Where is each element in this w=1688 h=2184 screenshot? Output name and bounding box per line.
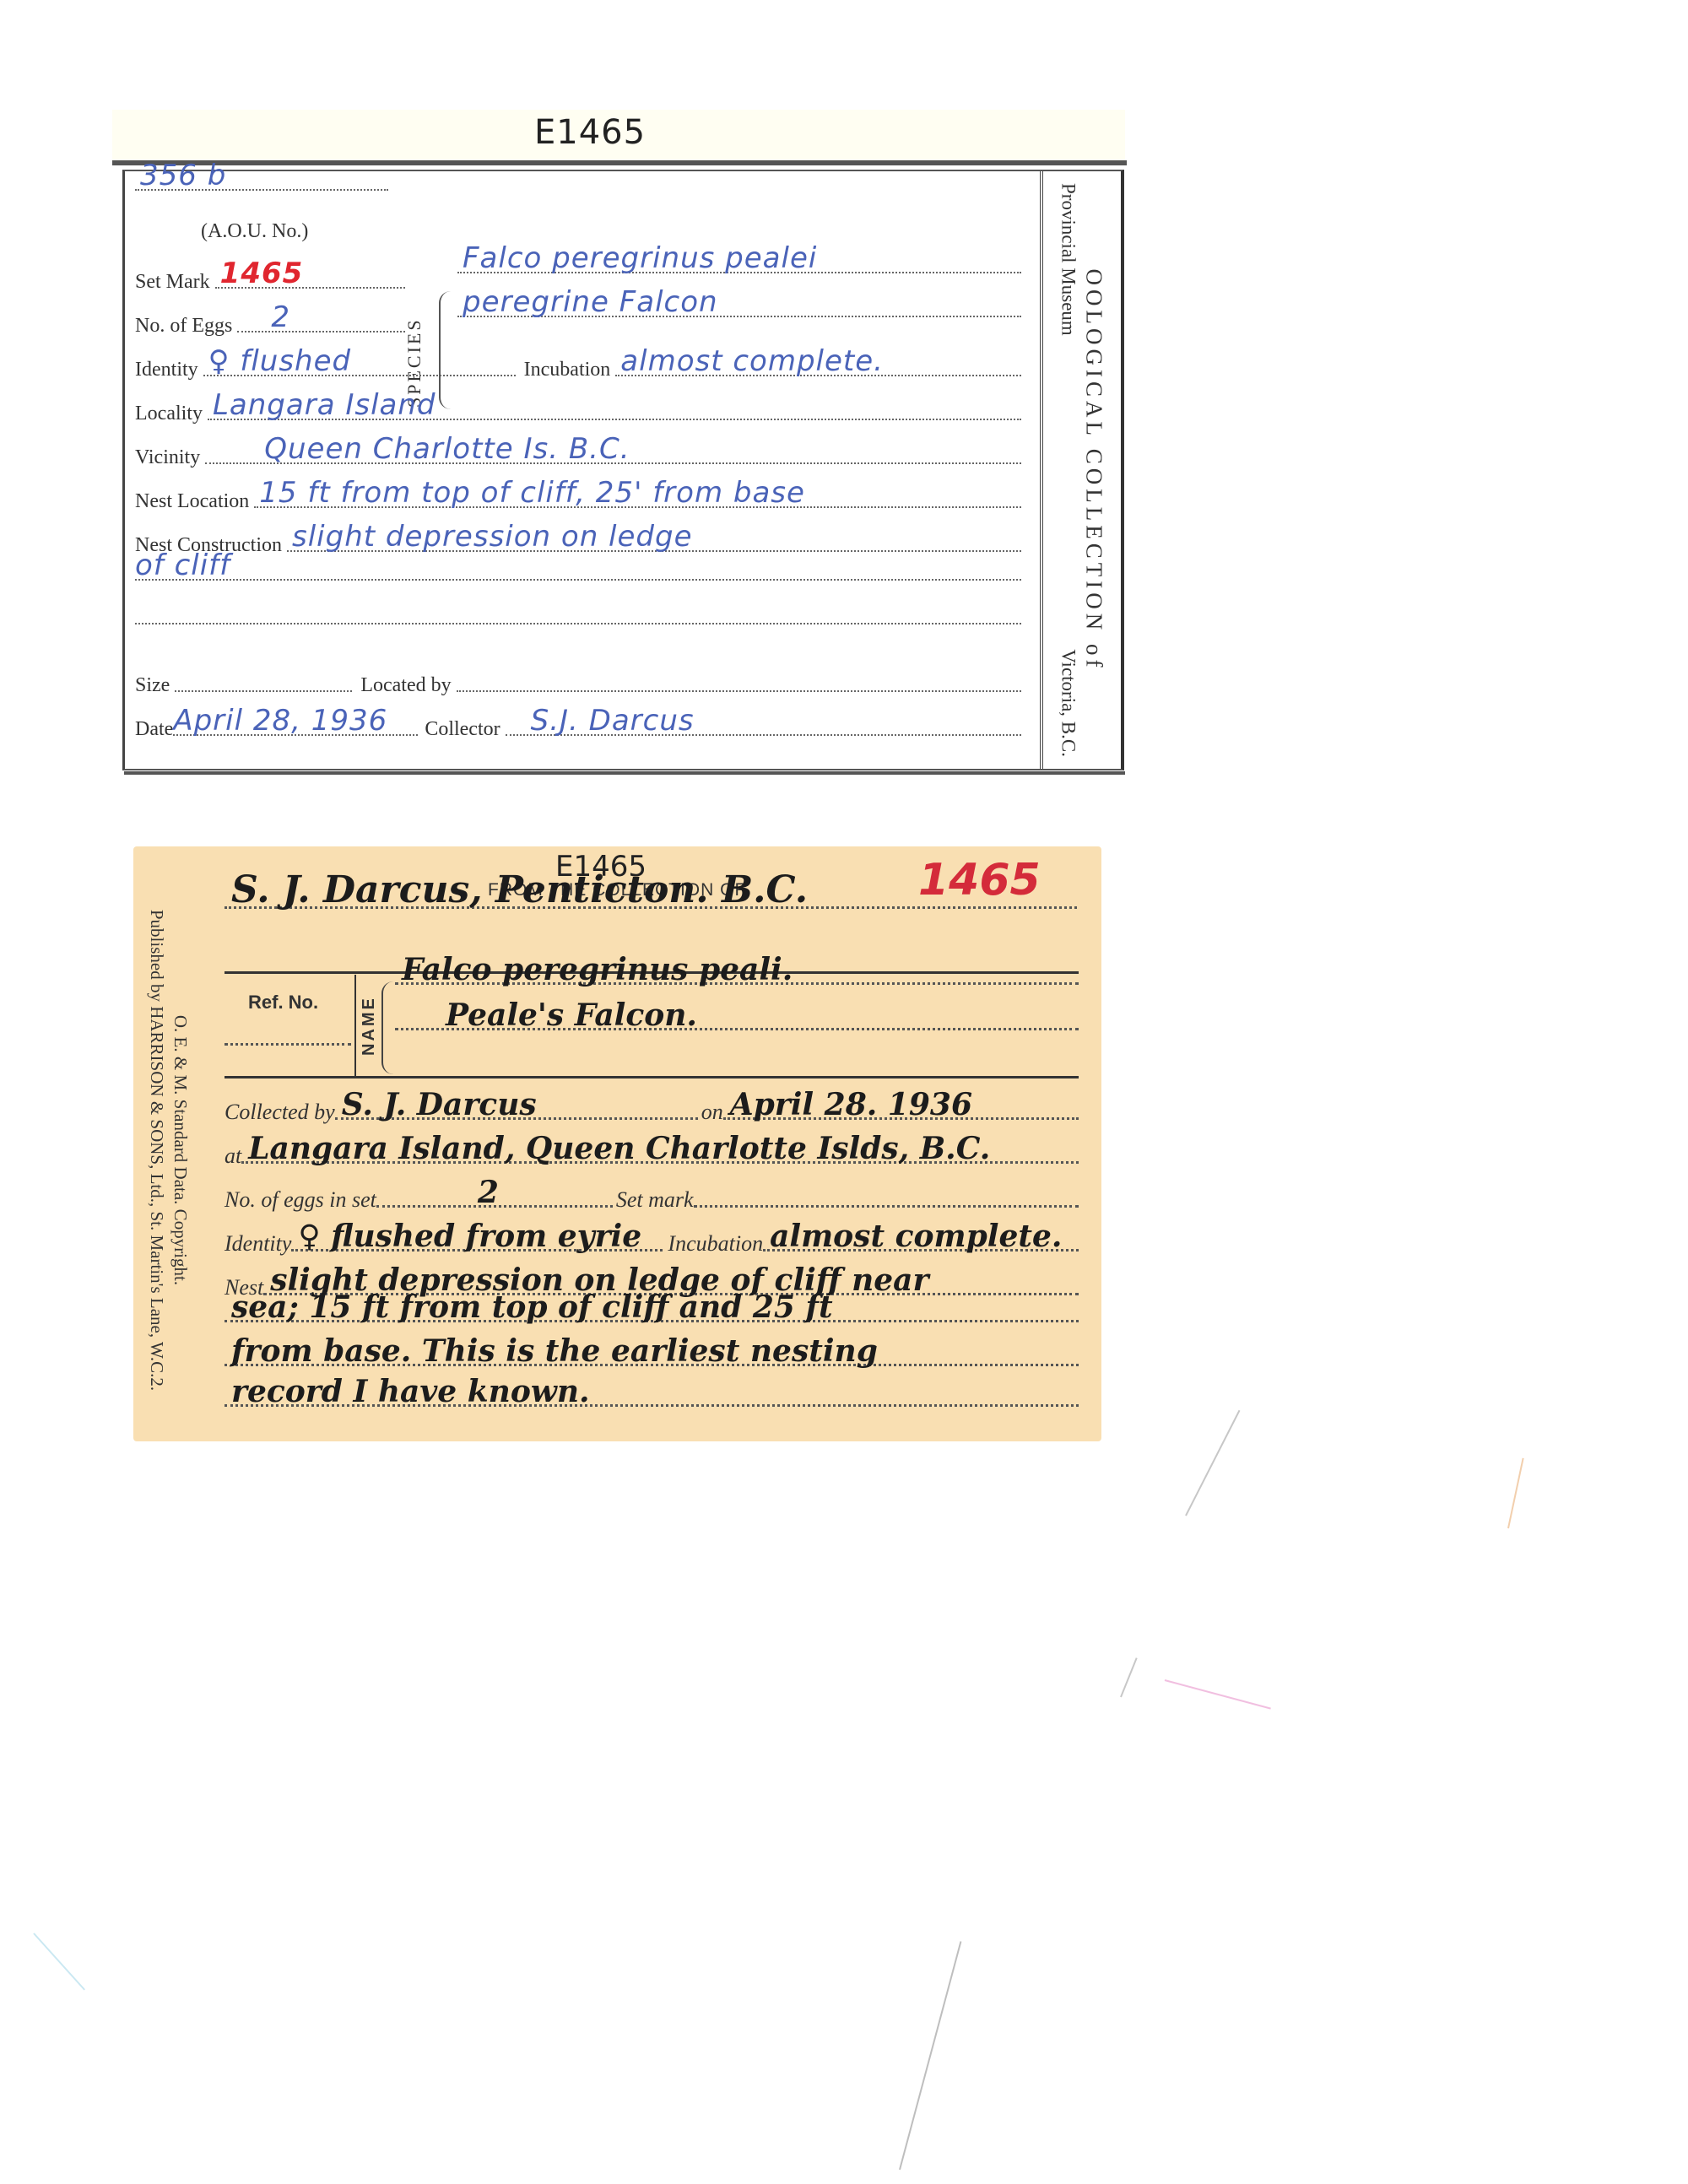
species-brace xyxy=(439,291,454,409)
name-row-1: Falco peregrinus peali. xyxy=(395,981,1079,990)
scan-artifact xyxy=(1120,1657,1138,1697)
collected-by-label: Collected by xyxy=(225,1100,335,1125)
owner-row: S. J. Darcus, Penticton. B.C. xyxy=(225,905,1077,914)
identity-label: Identity xyxy=(135,359,198,381)
nest-construction-cont-row: of cliff xyxy=(135,578,1021,586)
vicinity-label: Vicinity xyxy=(135,446,200,469)
collected-by-value: S. J. Darcus xyxy=(342,1087,537,1122)
locality-row: at Langara Island, Queen Charlotte Islds… xyxy=(225,1143,1079,1169)
nest-line-4: record I have known. xyxy=(231,1374,590,1409)
eggs-in-set-value: 2 xyxy=(478,1175,499,1210)
museum-name: Provincial Museum xyxy=(1058,183,1079,336)
blank-row xyxy=(135,622,1021,630)
eggs-row: No. of eggs in set 2 Set mark xyxy=(225,1187,1079,1213)
vicinity-value: Queen Charlotte Is. B.C. xyxy=(264,432,630,466)
card-bottom-rule xyxy=(124,771,1125,775)
nest-line-2: sea; 15 ft from top of cliff and 25 ft xyxy=(231,1289,833,1325)
egg-count-label: No. of Eggs xyxy=(135,315,232,338)
egg-count-row: No. of Eggs 2 xyxy=(135,315,405,338)
scan-artifact xyxy=(1165,1679,1271,1710)
rule-middle xyxy=(225,1076,1079,1078)
museum-location: Victoria, B.C. xyxy=(1058,649,1079,757)
set-mark-label: Set mark xyxy=(616,1187,694,1213)
date-label: Date xyxy=(135,718,173,741)
nest-row-2: sea; 15 ft from top of cliff and 25 ft xyxy=(225,1319,1079,1327)
card-top-rule xyxy=(112,160,1127,165)
size-row: Size Located by xyxy=(135,674,1021,697)
locality-row: Locality Langara Island xyxy=(135,403,1021,425)
name-scientific: Falco peregrinus peali. xyxy=(402,952,793,987)
scan-artifact xyxy=(899,1941,961,2170)
nest-row-4: record I have known. xyxy=(225,1403,1079,1412)
set-mark-stamp: 1465 xyxy=(918,855,1041,905)
aou-number-row: 356 b xyxy=(135,188,388,196)
scan-artifact xyxy=(1507,1458,1524,1529)
ref-no-label: Ref. No. xyxy=(248,992,318,1014)
owner-value: S. J. Darcus, Penticton. B.C. xyxy=(231,868,808,911)
name-brace xyxy=(381,981,395,1074)
imprint-line-1: O. E. & M. Standard Data. Copyright. xyxy=(169,863,192,1437)
vicinity-row: Vicinity Queen Charlotte Is. B.C. xyxy=(135,446,1021,469)
date-label: on xyxy=(701,1100,723,1125)
date-row: Date April 28, 1936 Collector S.J. Darcu… xyxy=(135,718,1021,741)
incubation-value: almost complete. xyxy=(620,344,884,378)
date-value: April 28. 1936 xyxy=(730,1087,972,1122)
identity-value: ♀ flushed from eyrie xyxy=(298,1219,641,1254)
nest-location-row: Nest Location 15 ft from top of cliff, 2… xyxy=(135,490,1021,513)
identity-value: ♀ flushed xyxy=(208,344,351,378)
species-row-2: peregrine Falcon xyxy=(457,315,1021,322)
identity-label: Identity xyxy=(225,1231,291,1257)
collector-data-card: E1465 1465 FROM THE COLLECTION OF O. E. … xyxy=(133,846,1101,1441)
locality-label: at xyxy=(225,1143,241,1169)
incubation-label: Incubation xyxy=(668,1231,763,1257)
species-scientific-name: Falco peregrinus pealei xyxy=(463,241,817,275)
species-row-1: Falco peregrinus pealei xyxy=(457,271,1021,278)
nest-location-label: Nest Location xyxy=(135,490,249,513)
catalog-number: E1465 xyxy=(534,113,646,152)
set-mark-row: Set Mark 1465 xyxy=(135,271,405,294)
museum-data-card: E1465 356 b (A.O.U. No.) Set Mark 1465 N… xyxy=(112,110,1129,776)
set-mark-value: 1465 xyxy=(220,257,304,290)
identity-row: Identity ♀ flushed Incubation almost com… xyxy=(135,359,1021,381)
egg-count-value: 2 xyxy=(271,300,290,334)
name-label: NAME xyxy=(360,996,379,1056)
nest-construction-value: slight depression on ledge xyxy=(292,520,693,554)
incubation-label: Incubation xyxy=(524,359,611,381)
located-by-label: Located by xyxy=(360,674,451,697)
name-common: Peale's Falcon. xyxy=(446,997,697,1033)
locality-value: Langara Island, Queen Charlotte Islds, B… xyxy=(248,1131,990,1166)
publisher-imprint: O. E. & M. Standard Data. Copyright. Pub… xyxy=(145,863,192,1437)
scan-artifact xyxy=(1185,1410,1240,1516)
locality-label: Locality xyxy=(135,403,203,425)
aou-number-label: (A.O.U. No.) xyxy=(201,220,308,243)
date-value: April 28, 1936 xyxy=(173,704,387,738)
incubation-value: almost complete. xyxy=(770,1219,1062,1254)
nest-construction-value-cont: of cliff xyxy=(135,549,230,582)
card-form-box: 356 b (A.O.U. No.) Set Mark 1465 No. of … xyxy=(122,170,1124,770)
nest-line-3: from base. This is the earliest nesting xyxy=(231,1333,878,1369)
nest-location-value: 15 ft from top of cliff, 25' from base xyxy=(259,476,805,510)
size-label: Size xyxy=(135,674,170,697)
locality-value: Langara Island xyxy=(213,388,436,422)
aou-number-value: 356 b xyxy=(140,159,226,192)
collection-side-panel: OOLOGICAL COLLECTION of Provincial Museu… xyxy=(1040,171,1121,769)
scan-artifact xyxy=(33,1933,85,1990)
eggs-in-set-label: No. of eggs in set xyxy=(225,1187,376,1213)
collection-title: OOLOGICAL COLLECTION of xyxy=(1081,183,1107,757)
collector-label: Collector xyxy=(425,718,500,741)
set-mark-label: Set Mark xyxy=(135,271,210,294)
nest-row-3: from base. This is the earliest nesting xyxy=(225,1363,1079,1371)
ref-no-row xyxy=(225,1042,351,1051)
name-row-2: Peale's Falcon. xyxy=(395,1027,1079,1035)
imprint-line-2: Published by HARRISON & SONS, Ltd., St. … xyxy=(145,863,169,1437)
collected-by-row: Collected by S. J. Darcus on April 28. 1… xyxy=(225,1100,1079,1125)
nest-construction-row: Nest Construction slight depression on l… xyxy=(135,534,1021,557)
species-common-name: peregrine Falcon xyxy=(463,285,718,319)
identity-row: Identity ♀ flushed from eyrie Incubation… xyxy=(225,1231,1079,1257)
ref-no-divider xyxy=(354,975,356,1076)
collector-value: S.J. Darcus xyxy=(531,704,695,738)
